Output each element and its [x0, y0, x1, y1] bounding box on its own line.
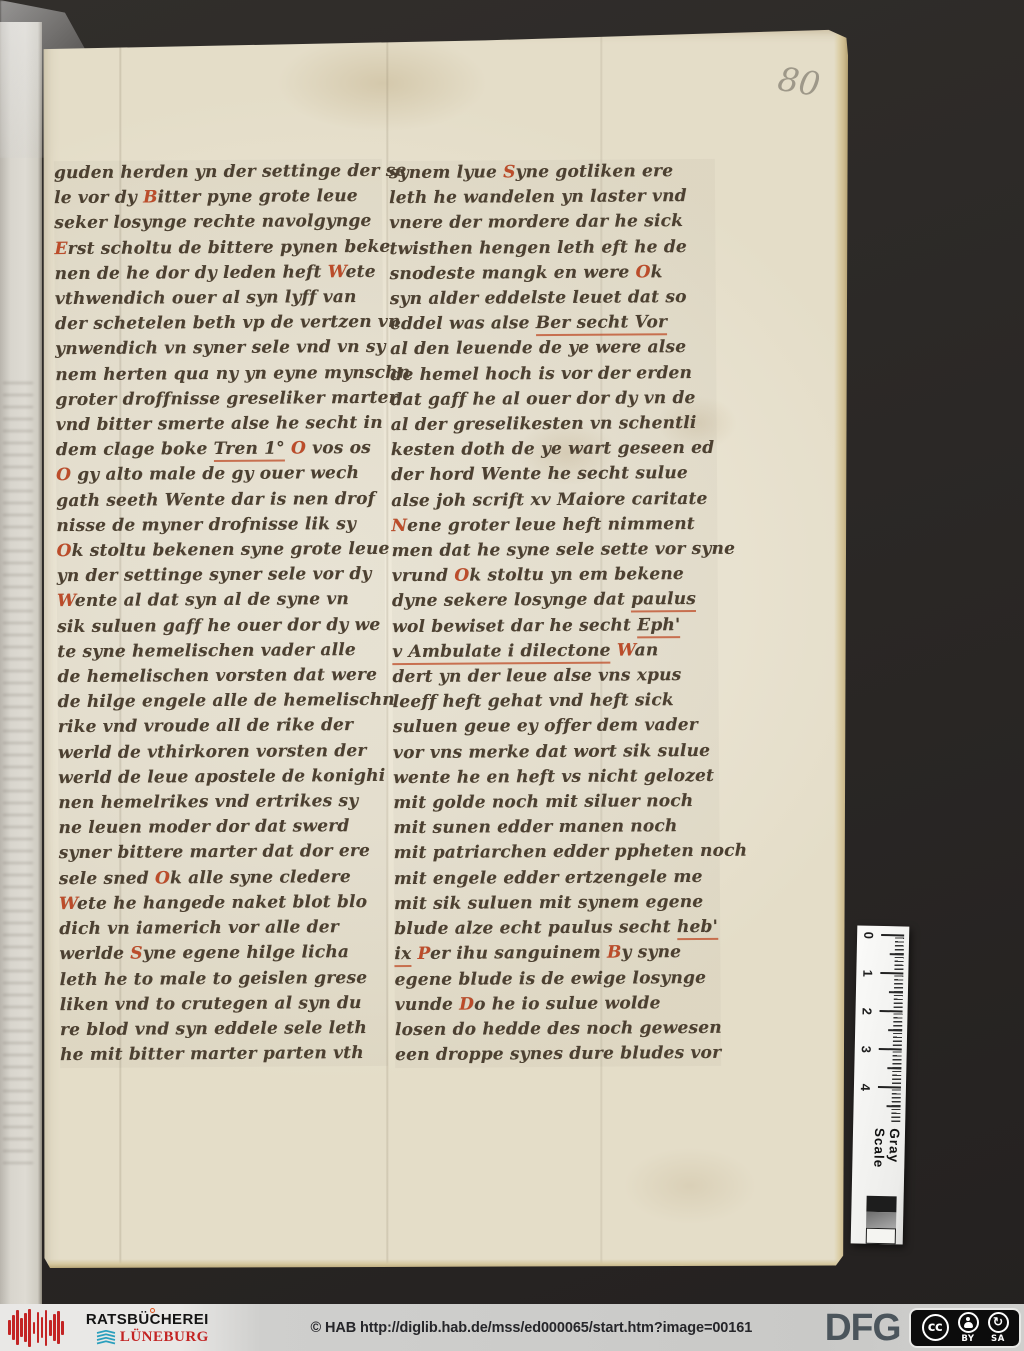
ruler-cm-segment: 4 [853, 1085, 906, 1124]
manuscript-line: wente he en heft vs nicht gelozet [393, 764, 719, 791]
folio-number: 80 [775, 59, 823, 104]
logo-bar [16, 1310, 19, 1345]
manuscript-line: synem lyue Syne gotliken ere [389, 159, 715, 186]
manuscript-line: vunde Do he io sulue wolde [395, 991, 721, 1018]
ruler-tick [879, 1048, 902, 1050]
manuscript-line: vor vns merke dat wort sik sulue [393, 739, 719, 766]
logo-bar [12, 1315, 15, 1340]
manuscript-line: men dat he syne sele sette vor syne [391, 537, 717, 564]
manuscript-line: dat gaff he al ouer dor dy vn de [390, 386, 716, 413]
scan-viewer-background: { "page": { "folio_number": "80" }, "man… [0, 0, 1024, 1351]
library-city-row: LÜNEBURG [86, 1330, 209, 1345]
ruler-number: 0 [861, 932, 876, 940]
sa-arrow-icon: ↻ [988, 1312, 1009, 1333]
manuscript-line: suluen geue ey offer dem vader [393, 713, 719, 740]
ruler-number: 4 [858, 1084, 873, 1092]
manuscript-line: rike vnd vroude all de rike der [58, 713, 386, 740]
manuscript-line: mit patriarchen edder ppheten noch [394, 839, 720, 866]
manuscript-line: sik suluen gaff he ouer dor dy we [57, 613, 385, 640]
ruler-tick [880, 972, 903, 974]
manuscript-line: te syne hemelischen vader alle [57, 638, 385, 665]
manuscript-line: leth he to male to geislen grese [59, 965, 387, 992]
manuscript-line: een droppe synes dure bludes vor [395, 1041, 721, 1068]
manuscript-line: dyne sekere losynge dat paulus [392, 587, 718, 614]
manuscript-line: losen do hedde des noch gewesen [395, 1016, 721, 1043]
manuscript-line: mit engele edder ertzengele me [394, 865, 720, 892]
manuscript-line: nen de he dor dy leden heft Wete [55, 260, 383, 287]
ruler-cm-segment: 1 [856, 971, 909, 1010]
text-column-1: guden herden yn der settinge der sele vo… [54, 159, 388, 1069]
manuscript-line: vnd bitter smerte alse he secht in [56, 411, 384, 438]
manuscript-line: he mit bitter marter parten vth [60, 1041, 388, 1068]
manuscript-line: dem clage boke Tren 1° O vos os [56, 436, 384, 463]
logo-bar [24, 1313, 27, 1342]
manuscript-line: werlde Syne egene hilge licha [59, 940, 387, 967]
manuscript-line: de hilge engele alle de hemelischn [58, 688, 386, 715]
manuscript-line: seker losynge rechte navolgynge [54, 209, 382, 236]
manuscript-line: vthwendich ouer al syn lyff van [55, 285, 383, 312]
manuscript-line: v Ambulate i dilectone Wan [392, 638, 718, 665]
manuscript-line: dich vn iamerich vor alle der [59, 915, 387, 942]
ruler-number: 3 [859, 1046, 874, 1054]
manuscript-line: Wente al dat syn al de syne vn [57, 587, 385, 614]
previous-page-showthrough [3, 382, 33, 1172]
library-name: RATSBÜCHEREI [86, 1311, 209, 1328]
logo-bar [33, 1322, 36, 1334]
manuscript-line: syn alder eddelste leuet dat so [390, 285, 716, 312]
umlaut-accent [150, 1308, 155, 1313]
ruler-number: 2 [859, 1008, 874, 1016]
manuscript-line: mit sik suluen mit synem egene [394, 890, 720, 917]
by-label: BY [961, 1334, 974, 1344]
manuscript-line: al den leuende de ye were alse [390, 335, 716, 362]
manuscript-line: blude alze echt paulus secht heb' [394, 915, 720, 942]
ruler-tick [892, 1051, 902, 1085]
library-logo-text: RATSBÜCHEREI LÜNEBURG [86, 1311, 209, 1345]
manuscript-line: der hord Wente he secht sulue [391, 461, 717, 488]
manuscript-line: eddel was alse Ber secht Vor [390, 310, 716, 337]
footer-bar: RATSBÜCHEREI LÜNEBURG © HAB http://digli… [0, 1304, 1024, 1351]
text-column-2: synem lyue Syne gotliken ereleth he wand… [389, 159, 721, 1069]
by-person-body [964, 1322, 973, 1328]
manuscript-line: dert yn der leue alse vns xpus [392, 663, 718, 690]
manuscript-line: snodeste mangk en were Ok [390, 260, 716, 287]
manuscript-line: nisse de myner drofnisse lik sy [56, 512, 384, 539]
manuscript-line: de hemelischen vorsten dat were [57, 663, 385, 690]
cc-sa-item: ↻ SA [988, 1312, 1009, 1344]
ruler-tick [891, 1089, 901, 1123]
manuscript-line: werld de vthirkoren vorsten der [58, 739, 386, 766]
grayscale-patch-gray [866, 1212, 896, 1229]
manuscript-line: sele sned Ok alle syne cledere [59, 865, 387, 892]
logo-bar [45, 1310, 48, 1346]
logo-bar [49, 1320, 52, 1336]
by-person-head [966, 1317, 971, 1322]
manuscript-line: nen hemelrikes vnd ertrikes sy [58, 789, 386, 816]
dfg-logo: DFG [825, 1309, 901, 1347]
logo-barcode-icon [8, 1308, 64, 1348]
manuscript-line: Erst scholtu de bittere pynen beke [54, 234, 382, 261]
ruler-tick [880, 1010, 903, 1012]
manuscript-line: groter droffnisse greseliker marter [55, 386, 383, 413]
manuscript-line: leth he wandelen yn laster vnd [389, 184, 715, 211]
manuscript-line: le vor dy Bitter pyne grote leue [54, 184, 382, 211]
manuscript-line: vnere der mordere dar he sick [389, 209, 715, 236]
manuscript-line: syner bittere marter dat dor ere [59, 839, 387, 866]
logo-bar [61, 1321, 64, 1335]
ruler-cm-segment: 0 [856, 933, 909, 972]
ruler-cm-segment: 2 [855, 1009, 908, 1048]
manuscript-line: guden herden yn der settinge der se [54, 159, 382, 186]
manuscript-page: 80 guden herden yn der settinge der sele… [42, 28, 848, 1268]
page-bottom-edge [48, 1259, 838, 1268]
page-right-edge [834, 28, 848, 1268]
previous-page-strip [0, 22, 42, 1304]
manuscript-line: O gy alto male de gy ouer wech [56, 461, 384, 488]
by-person-icon [958, 1312, 979, 1333]
manuscript-line: ynwendich vn syner sele vnd vn sy [55, 335, 383, 362]
book-pages-icon [96, 1330, 116, 1345]
manuscript-line: kesten doth de ye wart geseen ed [391, 436, 717, 463]
manuscript-line: de hemel hoch is vor der erden [390, 360, 716, 387]
manuscript-line: Nene groter leue heft nimment [391, 512, 717, 539]
manuscript-line: leeff heft gehat vnd heft sick [393, 688, 719, 715]
manuscript-line: twisthen hengen leth eft he de [389, 234, 715, 261]
manuscript-line: al der greselikesten vn schentli [391, 411, 717, 438]
logo-bar [37, 1312, 40, 1343]
manuscript-line: Wete he hangede naket blot blo [59, 890, 387, 917]
ruler-tick [893, 1013, 903, 1047]
sa-label: SA [991, 1334, 1005, 1344]
manuscript-line: alse joh scrift xv Maiore caritate [391, 487, 717, 514]
manuscript-line: mit golde noch mit siluer noch [393, 789, 719, 816]
library-logo: RATSBÜCHEREI LÜNEBURG [0, 1308, 209, 1348]
ruler-cm-segment: 3 [854, 1047, 907, 1086]
ruler-tick [878, 1086, 901, 1088]
gray-scale-label: Gray Scale [871, 1128, 902, 1191]
logo-bar [53, 1314, 56, 1341]
manuscript-line: mit sunen edder manen noch [393, 814, 719, 841]
logo-bar [57, 1311, 60, 1344]
library-city: LÜNEBURG [120, 1330, 209, 1345]
manuscript-line: werld de leue apostele de konighi [58, 764, 386, 791]
ruler-tick [881, 934, 904, 936]
manuscript-line: nem herten qua ny yn eyne mynschn [55, 360, 383, 387]
library-name-label: RATSBÜCHEREI [86, 1311, 209, 1328]
sa-arrow-glyph: ↻ [993, 1316, 1003, 1329]
cc-by-item: BY [958, 1312, 979, 1344]
manuscript-line: re blod vnd syn eddele sele leth [60, 1016, 388, 1043]
logo-bar [20, 1318, 23, 1337]
gray-scale-ruler: 01234 Gray Scale [851, 925, 910, 1244]
manuscript-line: ne leuen moder dor dat swerd [58, 814, 386, 841]
manuscript-line: der schetelen beth vp de vertzen vn [55, 310, 383, 337]
grayscale-patch-black [866, 1196, 896, 1213]
copyright-text: © HAB http://diglib.hab.de/mss/ed000065/… [209, 1320, 824, 1336]
grayscale-patch-white [866, 1228, 896, 1245]
logo-bar [8, 1320, 11, 1335]
manuscript-line: Ok stoltu bekenen syne grote leue [56, 537, 384, 564]
cc-license-badge: cc BY ↻ SA [909, 1308, 1021, 1348]
manuscript-line: yn der settinge syner sele vor dy [57, 562, 385, 589]
manuscript-line: ix Per ihu sanguinem By syne [394, 940, 720, 967]
ruler-tick [894, 937, 904, 971]
manuscript-line: wol bewiset dar he secht Eph' [392, 613, 718, 640]
manuscript-line: gath seeth Wente dar is nen drof [56, 486, 384, 513]
logo-bar [28, 1309, 31, 1347]
logo-bar [41, 1317, 44, 1338]
manuscript-line: liken vnd to crutegen al syn du [60, 991, 388, 1018]
manuscript-line: egene blude is de ewige losynge [394, 965, 720, 992]
ruler-tick [894, 975, 904, 1009]
ruler-ticks: 01234 [853, 933, 909, 1124]
cc-icon: cc [922, 1314, 949, 1341]
ruler-number: 1 [860, 970, 875, 978]
manuscript-line: vrund Ok stoltu yn em bekene [392, 562, 718, 589]
